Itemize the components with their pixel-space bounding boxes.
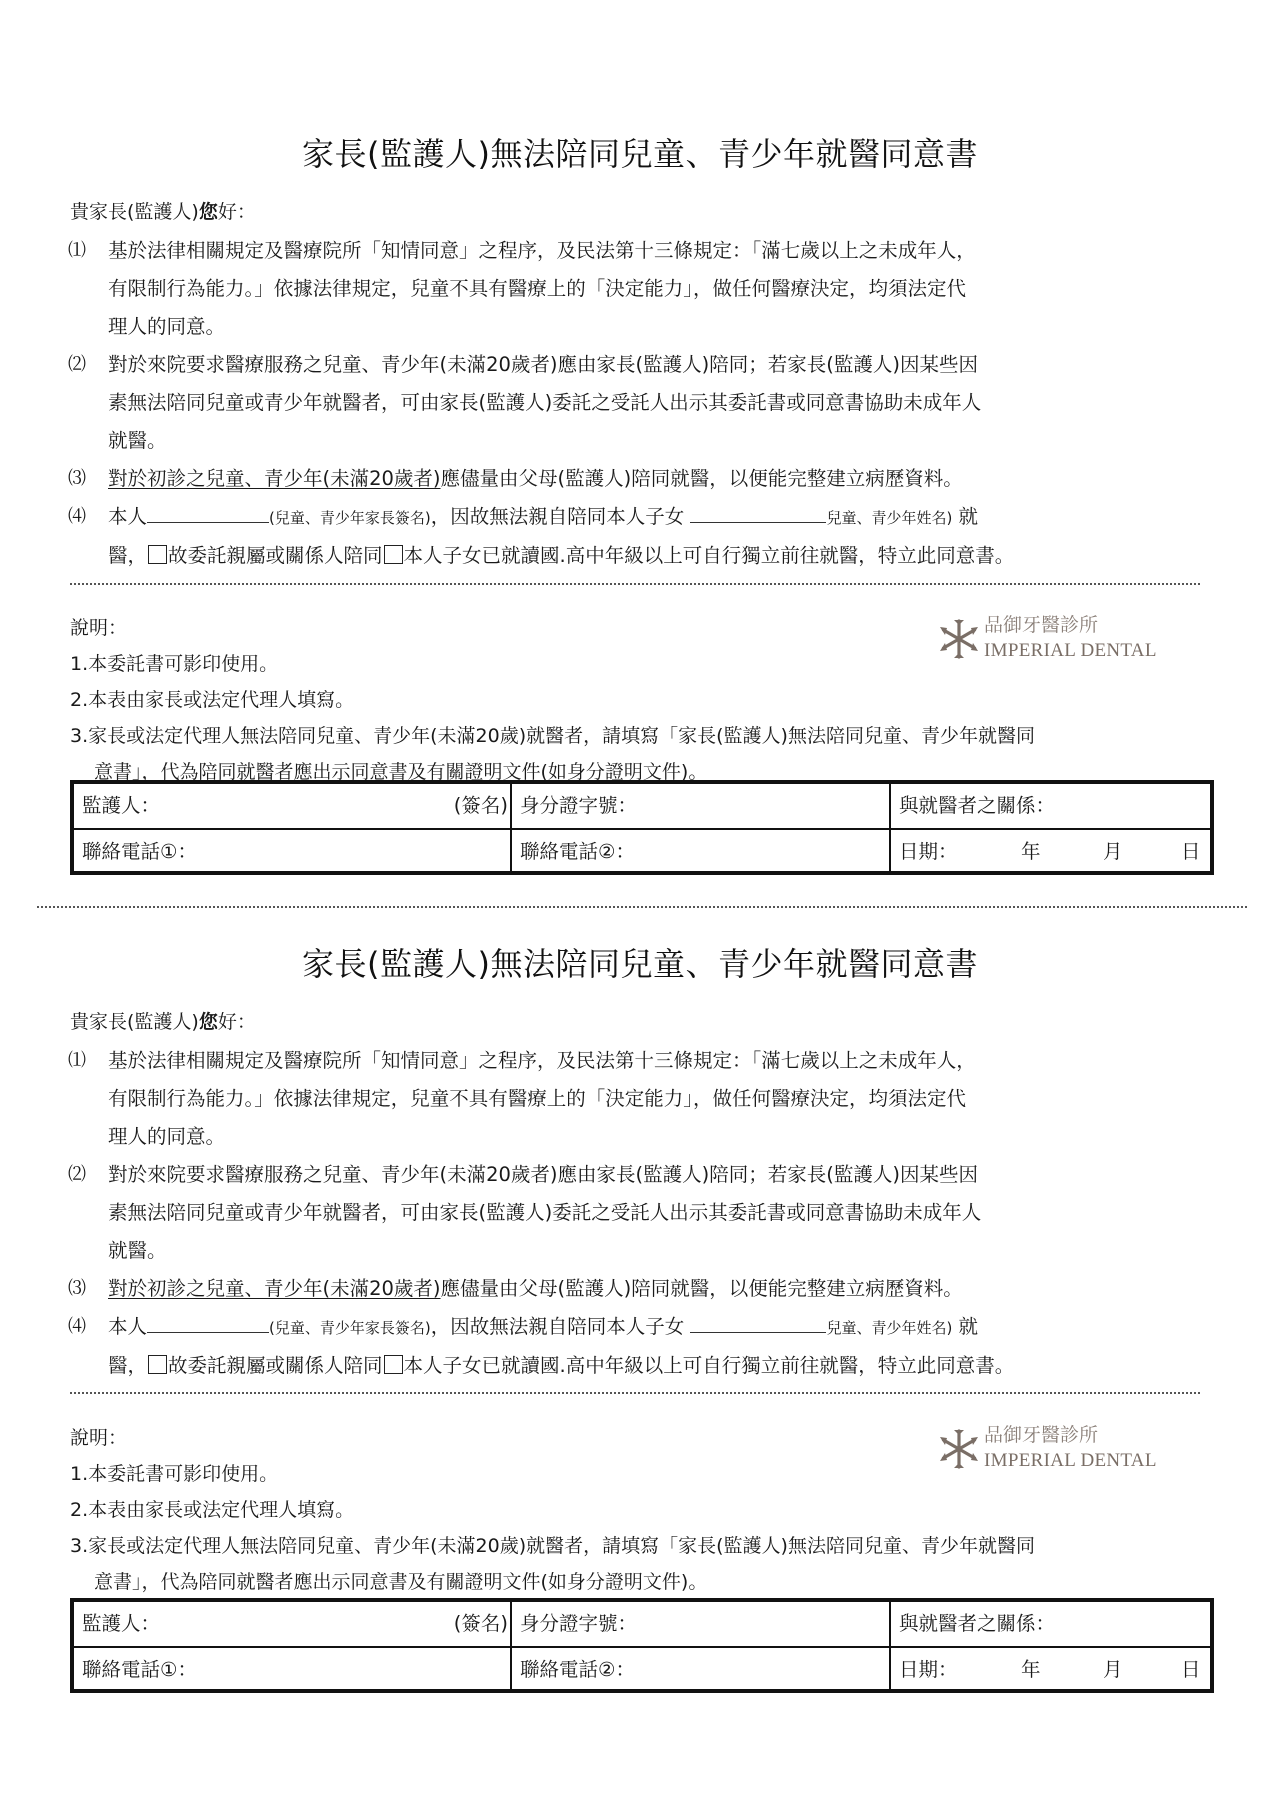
signature-table: 監護人：(簽名) 身分證字號： 與就醫者之關係： 聯絡電話①： 聯絡電話②： 日… bbox=[70, 1598, 1214, 1693]
clause-line: 理人的同意。 bbox=[108, 308, 1238, 346]
greeting-suffix: 好： bbox=[218, 201, 256, 223]
parent-signature-blank[interactable] bbox=[147, 500, 269, 523]
clause-line: 基於法律相關規定及醫療院所「知情同意」之程序，及民法第十三條規定：「滿七歲以上之… bbox=[108, 1042, 1238, 1080]
note-item: 2.本表由家長或法定代理人填寫。 bbox=[70, 682, 1220, 718]
child-name-blank[interactable] bbox=[690, 500, 826, 523]
clause-line: 就醫。 bbox=[108, 1232, 1238, 1270]
phone2-label: 聯絡電話②： bbox=[520, 1658, 635, 1681]
clauses-list: ⑴ 基於法律相關規定及醫療院所「知情同意」之程序，及民法第十三條規定：「滿七歲以… bbox=[68, 232, 1238, 575]
child-name-hint: 兒童、青少年姓名) bbox=[826, 1319, 952, 1337]
table-row: 監護人：(簽名) 身分證字號： 與就醫者之關係： bbox=[74, 1602, 1210, 1648]
clause-text: ，因故無法親自陪同本人子女 bbox=[431, 1315, 685, 1338]
clause-3: ⑶ 對於初診之兒童、青少年(未滿20歲者)應儘量由父母(監護人)陪同就醫，以便能… bbox=[68, 1270, 1238, 1308]
clause-line: 素無法陪同兒童或青少年就醫者，可由家長(監護人)委託之受託人出示其委託書或同意書… bbox=[108, 384, 1238, 422]
date-cell[interactable]: 日期：年月日 bbox=[891, 1648, 1210, 1692]
clause-text: 應儘量由父母(監護人)陪同就醫，以便能完整建立病歷資料。 bbox=[441, 1277, 963, 1300]
phone2-cell[interactable]: 聯絡電話②： bbox=[512, 1648, 891, 1692]
sign-label: (簽名) bbox=[454, 1602, 508, 1646]
clause-text: 醫， bbox=[108, 1354, 147, 1377]
note-item: 3.家長或法定代理人無法陪同兒童、青少年(未滿20歲)就醫者，請填寫「家長(監護… bbox=[70, 1528, 1220, 1564]
month-label: 月 bbox=[1103, 1648, 1123, 1692]
clause-line: 有限制行為能力。」依據法律規定，兒童不具有醫療上的「決定能力」，做任何醫療決定，… bbox=[108, 270, 1238, 308]
clause-underlined-text: 對於初診之兒童、青少年(未滿20歲者) bbox=[108, 467, 441, 490]
clause-text: 醫， bbox=[108, 544, 147, 567]
clause-number: ⑷ bbox=[68, 1308, 86, 1346]
clause-1: ⑴ 基於法律相關規定及醫療院所「知情同意」之程序，及民法第十三條規定：「滿七歲以… bbox=[68, 232, 1238, 346]
clause-1: ⑴ 基於法律相關規定及醫療院所「知情同意」之程序，及民法第十三條規定：「滿七歲以… bbox=[68, 1042, 1238, 1156]
clause-text: 就 bbox=[952, 1315, 978, 1338]
clinic-name-zh: 品御牙醫診所 bbox=[984, 1422, 1098, 1448]
greeting: 貴家長(監護人)您好： bbox=[70, 1008, 256, 1036]
clinic-name-en: IMPERIAL DENTAL bbox=[984, 638, 1157, 664]
clause-line: 基於法律相關規定及醫療院所「知情同意」之程序，及民法第十三條規定：「滿七歲以上之… bbox=[108, 232, 1238, 270]
phone1-cell[interactable]: 聯絡電話①： bbox=[74, 1648, 512, 1692]
checkbox-label: 本人子女已就讀國.高中年級以上可自行獨立前往就醫，特立此同意書。 bbox=[404, 544, 1015, 567]
clause-number: ⑵ bbox=[68, 346, 86, 384]
greeting-suffix: 好： bbox=[218, 1011, 256, 1033]
signature-hint: (兒童、青少年家長簽名) bbox=[269, 509, 431, 527]
greeting: 貴家長(監護人)您好： bbox=[70, 198, 256, 226]
clinic-logo: 品御牙醫診所 IMPERIAL DENTAL bbox=[940, 612, 1220, 668]
dotted-divider bbox=[70, 1392, 1200, 1394]
clause-number: ⑵ bbox=[68, 1156, 86, 1194]
form-title: 家長(監護人)無法陪同兒童、青少年就醫同意書 bbox=[0, 132, 1280, 176]
dotted-divider bbox=[70, 583, 1200, 585]
clause-text: 應儘量由父母(監護人)陪同就醫，以便能完整建立病歷資料。 bbox=[441, 467, 963, 490]
greeting-prefix: 貴家長(監護人) bbox=[70, 201, 199, 223]
clause-number: ⑷ bbox=[68, 498, 86, 536]
greeting-bold: 您 bbox=[199, 1011, 218, 1033]
clause-4: ⑷ 本人(兒童、青少年家長簽名)，因故無法親自陪同本人子女 兒童、青少年姓名) … bbox=[68, 1308, 1238, 1385]
clauses-list: ⑴ 基於法律相關規定及醫療院所「知情同意」之程序，及民法第十三條規定：「滿七歲以… bbox=[68, 1042, 1238, 1385]
phone1-label: 聯絡電話①： bbox=[82, 1658, 197, 1681]
note-item: 3.家長或法定代理人無法陪同兒童、青少年(未滿20歲)就醫者，請填寫「家長(監護… bbox=[70, 718, 1220, 754]
snowflake-asterisk-icon bbox=[940, 1428, 978, 1470]
checkbox-label: 本人子女已就讀國.高中年級以上可自行獨立前往就醫，特立此同意書。 bbox=[404, 1354, 1015, 1377]
parent-signature-blank[interactable] bbox=[147, 1310, 269, 1333]
checkbox-self-attend[interactable] bbox=[384, 1355, 403, 1374]
clause-text: ，因故無法親自陪同本人子女 bbox=[431, 505, 685, 528]
clause-4: ⑷ 本人(兒童、青少年家長簽名)，因故無法親自陪同本人子女 兒童、青少年姓名) … bbox=[68, 498, 1238, 575]
form-title: 家長(監護人)無法陪同兒童、青少年就醫同意書 bbox=[0, 942, 1280, 986]
relation-cell[interactable]: 與就醫者之關係： bbox=[891, 1602, 1210, 1646]
guardian-label: 監護人： bbox=[82, 1612, 160, 1635]
clause-number: ⑶ bbox=[68, 1270, 86, 1308]
clause-3: ⑶ 對於初診之兒童、青少年(未滿20歲者)應儘量由父母(監護人)陪同就醫，以便能… bbox=[68, 460, 1238, 498]
checkbox-self-attend[interactable] bbox=[384, 545, 403, 564]
id-number-cell[interactable]: 身分證字號： bbox=[512, 1602, 891, 1646]
clause-line: 對於來院要求醫療服務之兒童、青少年(未滿20歲者)應由家長(監護人)陪同；若家長… bbox=[108, 346, 1238, 384]
child-name-blank[interactable] bbox=[690, 1310, 826, 1333]
clause-line: 素無法陪同兒童或青少年就醫者，可由家長(監護人)委託之受託人出示其委託書或同意書… bbox=[108, 1194, 1238, 1232]
day-label: 日 bbox=[1181, 1648, 1201, 1692]
snowflake-asterisk-icon bbox=[940, 618, 978, 660]
consent-form-2: 家長(監護人)無法陪同兒童、青少年就醫同意書 貴家長(監護人)您好： ⑴ 基於法… bbox=[0, 810, 1280, 1610]
id-number-label: 身分證字號： bbox=[520, 1612, 637, 1635]
clause-line: 有限制行為能力。」依據法律規定，兒童不具有醫療上的「決定能力」，做任何醫療決定，… bbox=[108, 1080, 1238, 1118]
clinic-name-zh: 品御牙醫診所 bbox=[984, 612, 1098, 638]
checkbox-relative-accompany[interactable] bbox=[148, 545, 167, 564]
clause-number: ⑴ bbox=[68, 1042, 86, 1080]
child-name-hint: 兒童、青少年姓名) bbox=[826, 509, 952, 527]
greeting-prefix: 貴家長(監護人) bbox=[70, 1011, 199, 1033]
note-item: 2.本表由家長或法定代理人填寫。 bbox=[70, 1492, 1220, 1528]
relation-label: 與就醫者之關係： bbox=[899, 1612, 1055, 1635]
clause-text: 本人 bbox=[108, 505, 147, 528]
date-label: 日期： bbox=[899, 1658, 958, 1681]
clause-line: 就醫。 bbox=[108, 422, 1238, 460]
checkbox-label: 故委託親屬或關係人陪同 bbox=[168, 544, 383, 567]
clause-underlined-text: 對於初診之兒童、青少年(未滿20歲者) bbox=[108, 1277, 441, 1300]
clause-line: 理人的同意。 bbox=[108, 1118, 1238, 1156]
checkbox-relative-accompany[interactable] bbox=[148, 1355, 167, 1374]
clinic-logo: 品御牙醫診所 IMPERIAL DENTAL bbox=[940, 1422, 1220, 1478]
clause-number: ⑶ bbox=[68, 460, 86, 498]
clause-2: ⑵ 對於來院要求醫療服務之兒童、青少年(未滿20歲者)應由家長(監護人)陪同；若… bbox=[68, 1156, 1238, 1270]
clinic-name-en: IMPERIAL DENTAL bbox=[984, 1448, 1157, 1474]
note-item-continuation: 意書」，代為陪同就醫者應出示同意書及有關證明文件(如身分證明文件)。 bbox=[70, 1564, 1220, 1600]
clause-number: ⑴ bbox=[68, 232, 86, 270]
clause-text: 本人 bbox=[108, 1315, 147, 1338]
checkbox-label: 故委託親屬或關係人陪同 bbox=[168, 1354, 383, 1377]
clause-text: 就 bbox=[952, 505, 978, 528]
year-label: 年 bbox=[1021, 1648, 1041, 1692]
clause-line: 對於來院要求醫療服務之兒童、青少年(未滿20歲者)應由家長(監護人)陪同；若家長… bbox=[108, 1156, 1238, 1194]
guardian-cell[interactable]: 監護人：(簽名) bbox=[74, 1602, 512, 1646]
consent-form-1: 家長(監護人)無法陪同兒童、青少年就醫同意書 貴家長(監護人)您好： ⑴ 基於法… bbox=[0, 0, 1280, 800]
signature-hint: (兒童、青少年家長簽名) bbox=[269, 1319, 431, 1337]
clause-2: ⑵ 對於來院要求醫療服務之兒童、青少年(未滿20歲者)應由家長(監護人)陪同；若… bbox=[68, 346, 1238, 460]
greeting-bold: 您 bbox=[199, 201, 218, 223]
table-row: 聯絡電話①： 聯絡電話②： 日期：年月日 bbox=[74, 1648, 1210, 1692]
